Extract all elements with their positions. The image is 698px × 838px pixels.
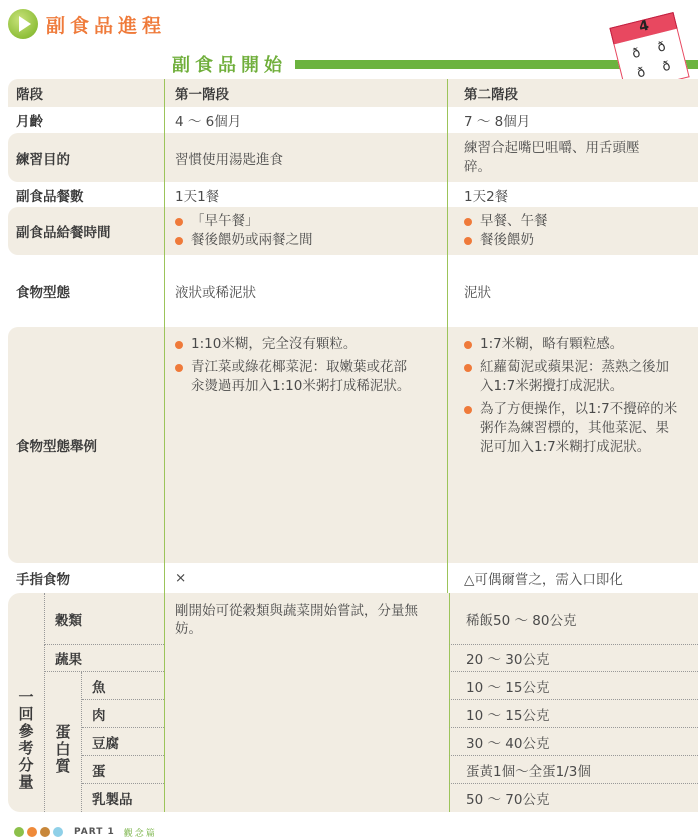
play-circle-icon [8,9,38,39]
brown-dot-icon [40,827,50,837]
footer-part: PART 1 [74,827,115,837]
table-row: 食物型態舉例 1:10米糊，完全沒有顆粒。 青江菜或綠花椰菜泥：取嫩葉或花部汆燙… [8,327,698,563]
bullet-list: 1:10米糊，完全沒有顆粒。 青江菜或綠花椰菜泥：取嫩葉或花部汆燙過再加入1:1… [175,335,417,400]
table-row: 食物型態 液狀或稀泥狀 泥狀 [8,255,698,327]
table-row: 副食品給餐時間 「早午餐」 餐後餵奶或兩餐之間 早餐、午餐 餐後餵奶 [8,207,698,255]
section-heading: 副食品開始 [172,51,287,77]
page-footer: PART 1 觀念篇 [14,826,157,838]
bullet-list: 「早午餐」 餐後餵奶或兩餐之間 [175,212,313,250]
stage1-reference-note: 剛開始可從穀類與蔬菜開始嘗試，分量無妨。 [164,593,449,812]
weaning-schedule-table: 階段 第一階段 第二階段 月齡 4 ～ 6個月 7 ～ 8個月 練習目的 習慣使… [8,79,698,812]
header-stage-1: 第一階段 [164,79,447,107]
header-stage: 階段 [8,79,164,107]
protein-label: 蛋白質 [45,672,82,812]
page-title-row: 副食品進程 [8,8,166,40]
table-row: 練習目的 習慣使用湯匙進食 練習合起嘴巴咀嚼、用舌頭壓碎。 [8,133,698,182]
page-title: 副食品進程 [46,11,166,38]
bullet-list: 早餐、午餐 餐後餵奶 [464,212,548,250]
table-row: 手指食物 × △可偶爾嘗之，需入口即化 [8,563,698,593]
bullet-list: 1:7米糊，略有顆粒感。 紅蘿蔔泥或蘋果泥：蒸熟之後加入1:7米粥攪打成泥狀。 … [464,335,678,461]
blue-dot-icon [53,827,63,837]
reference-portion-block: 一回參考分量 穀類 剛開始可從穀類與蔬菜開始嘗試，分量無妨。 稀飯50 ～ 80… [8,593,698,812]
header-stage-2: 第二階段 [447,79,698,107]
footer-section: 觀念篇 [124,826,157,838]
reference-group-label: 一回參考分量 [8,645,45,812]
table-row: 月齡 4 ～ 6個月 7 ～ 8個月 [8,107,698,133]
table-header-row: 階段 第一階段 第二階段 [8,79,698,107]
table-row: 副食品餐數 1天1餐 1天2餐 [8,182,698,207]
orange-dot-icon [27,827,37,837]
green-dot-icon [14,827,24,837]
